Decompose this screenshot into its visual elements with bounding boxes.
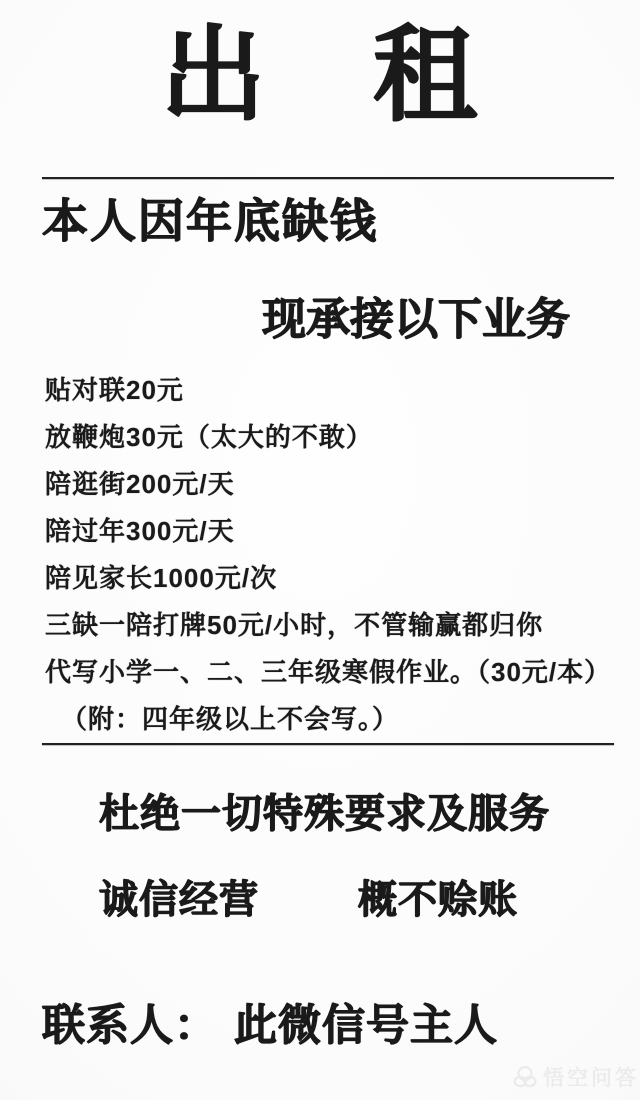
service-item-cards: 三缺一陪打牌50元/小时，不管输赢都归你 — [45, 611, 605, 639]
contact-line: 联系人：此微信号主人 — [42, 992, 498, 1053]
policy-row: 诚信经营 概不赊账 — [0, 869, 640, 915]
service-item-new-year: 陪过年300元/天 — [45, 517, 605, 545]
service-item-homework: 代写小学一、二、三年级寒假作业。（30元/本） — [45, 658, 605, 686]
policy-headline: 杜绝一切特殊要求及服务 — [99, 792, 550, 836]
divider-bottom — [42, 743, 614, 745]
service-item-shopping: 陪逛街200元/天 — [45, 470, 605, 498]
service-item-homework-note: （附：四年级以上不会写。） — [45, 705, 605, 733]
contact-label: 联系人： — [42, 1002, 218, 1050]
intro-line-business: 现承接以下业务 — [262, 296, 570, 344]
service-item-couplets: 贴对联20元 — [45, 376, 605, 404]
service-item-meet-parents: 陪见家长1000元/次 — [45, 564, 605, 592]
watermark: 悟空问答 — [512, 1062, 639, 1092]
divider-top — [42, 177, 614, 179]
wukong-logo-icon — [512, 1064, 538, 1090]
policy-no-credit: 概不赊账 — [358, 869, 518, 925]
rental-flyer-poster: 出 租 本人因年底缺钱 现承接以下业务 贴对联20元 放鞭炮30元（太大的不敢）… — [0, 0, 640, 1100]
service-item-firecrackers: 放鞭炮30元（太大的不敢） — [45, 423, 605, 451]
intro-line-reason: 本人因年底缺钱 — [42, 196, 378, 247]
services-list: 贴对联20元 放鞭炮30元（太大的不敢） 陪逛街200元/天 陪过年300元/天… — [45, 376, 605, 752]
contact-value: 此微信号主人 — [234, 1002, 498, 1050]
policy-honest-business: 诚信经营 — [99, 869, 259, 925]
watermark-label: 悟空问答 — [543, 1062, 639, 1092]
poster-title: 出 租 — [0, 20, 640, 132]
